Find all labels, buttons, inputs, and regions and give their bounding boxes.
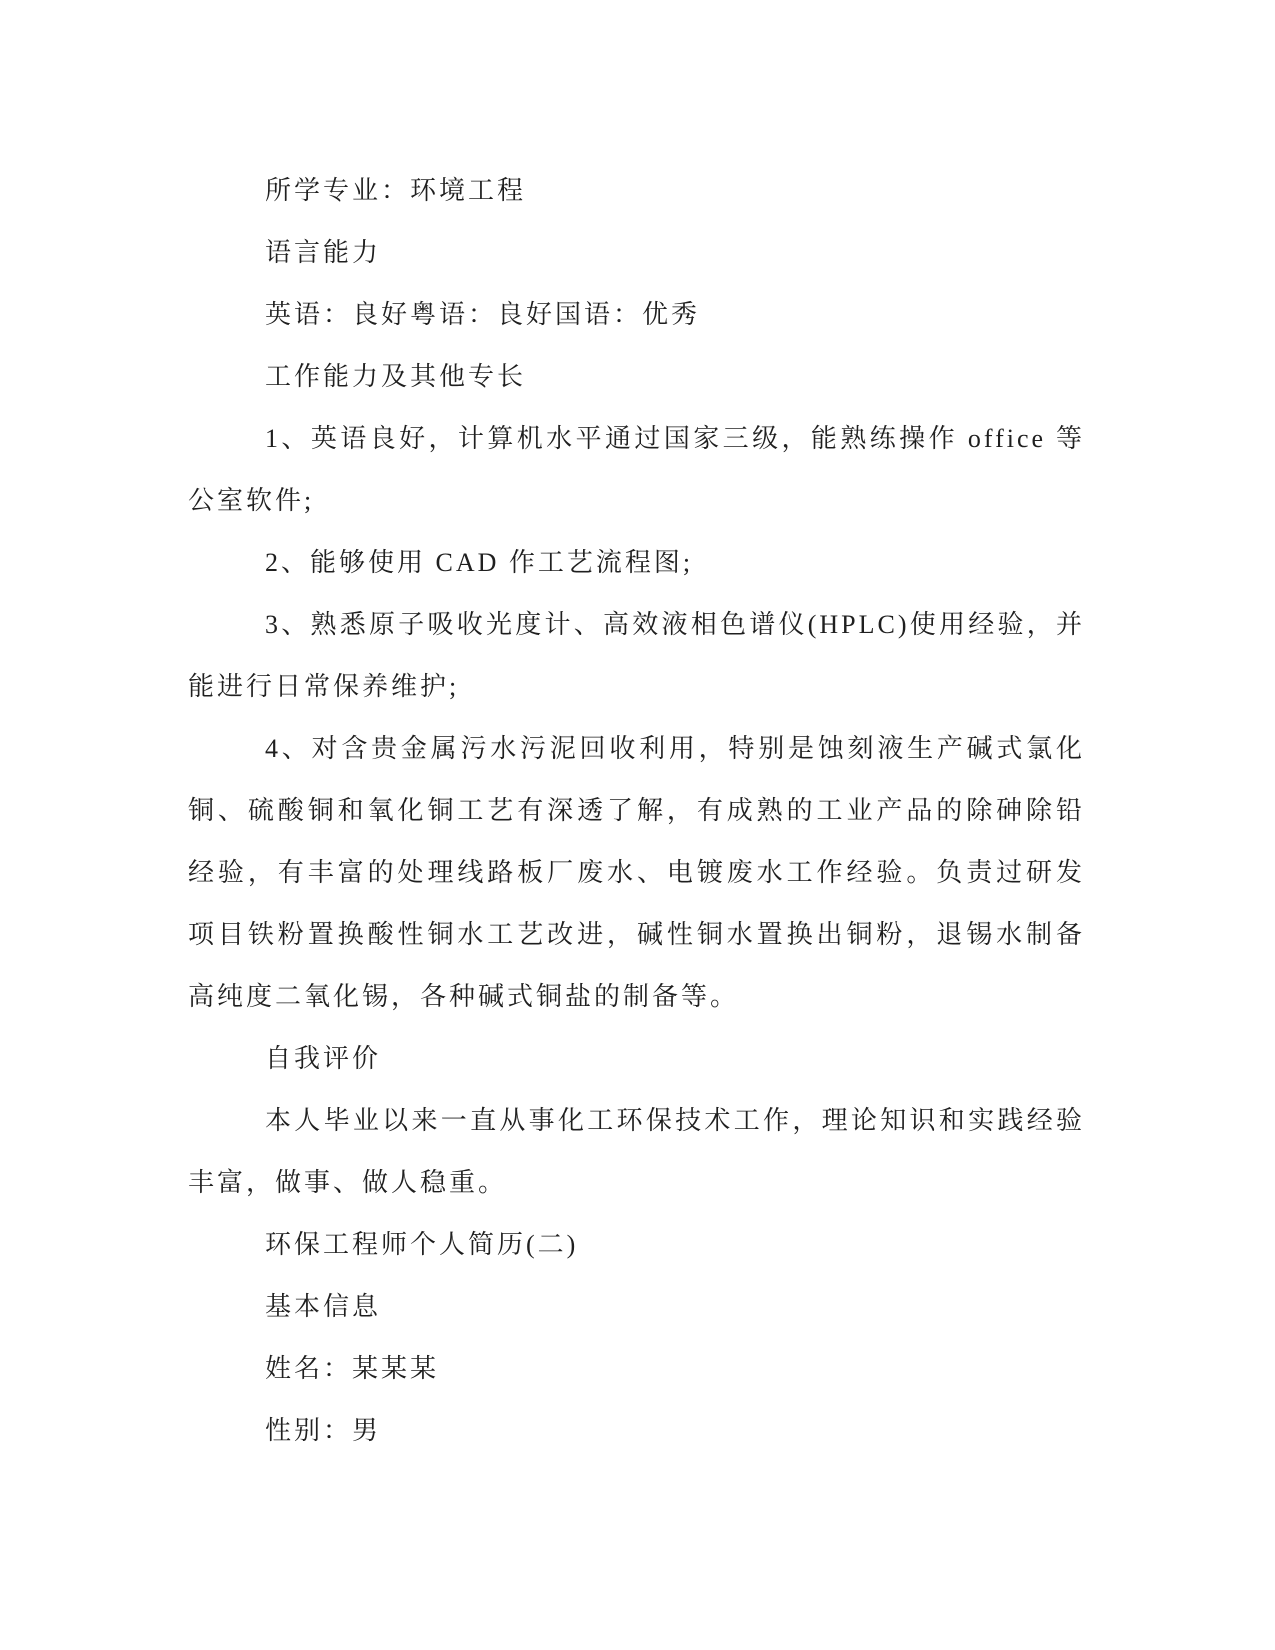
- text-line: 经验，有丰富的处理线路板厂废水、电镀废水工作经验。负责过研发: [188, 842, 1085, 904]
- paragraph: 英语：良好粤语：良好国语：优秀: [188, 284, 1085, 346]
- paragraph: 环保工程师个人简历(二): [188, 1214, 1085, 1276]
- paragraph: 自我评价: [188, 1028, 1085, 1090]
- text-line: 能进行日常保养维护;: [188, 656, 1085, 718]
- text-line: 4、对含贵金属污水污泥回收利用，特别是蚀刻液生产碱式氯化: [188, 718, 1085, 780]
- paragraph: 1、英语良好，计算机水平通过国家三级，能熟练操作 office 等办公室软件;: [188, 408, 1085, 532]
- text-line: 所学专业：环境工程: [188, 160, 1085, 222]
- text-line: 语言能力: [188, 222, 1085, 284]
- paragraph: 基本信息: [188, 1276, 1085, 1338]
- paragraph: 3、熟悉原子吸收光度计、高效液相色谱仪(HPLC)使用经验，并能进行日常保养维护…: [188, 594, 1085, 718]
- text-line: 丰富，做事、做人稳重。: [188, 1152, 1085, 1214]
- paragraph: 工作能力及其他专长: [188, 346, 1085, 408]
- paragraph: 4、对含贵金属污水污泥回收利用，特别是蚀刻液生产碱式氯化铜、硫酸铜和氧化铜工艺有…: [188, 718, 1085, 1028]
- document-body: 所学专业：环境工程语言能力英语：良好粤语：良好国语：优秀工作能力及其他专长1、英…: [188, 160, 1085, 1462]
- text-line: 工作能力及其他专长: [188, 346, 1085, 408]
- paragraph: 性别：男: [188, 1400, 1085, 1462]
- text-line: 高纯度二氧化锡，各种碱式铜盐的制备等。: [188, 966, 1085, 1028]
- text-line: 1、英语良好，计算机水平通过国家三级，能熟练操作 office 等办: [188, 408, 1085, 470]
- paragraph: 姓名：某某某: [188, 1338, 1085, 1400]
- text-line: 环保工程师个人简历(二): [188, 1214, 1085, 1276]
- document-page: 所学专业：环境工程语言能力英语：良好粤语：良好国语：优秀工作能力及其他专长1、英…: [0, 0, 1275, 1650]
- paragraph: 本人毕业以来一直从事化工环保技术工作，理论知识和实践经验丰富，做事、做人稳重。: [188, 1090, 1085, 1214]
- paragraph: 语言能力: [188, 222, 1085, 284]
- paragraph: 所学专业：环境工程: [188, 160, 1085, 222]
- text-line: 3、熟悉原子吸收光度计、高效液相色谱仪(HPLC)使用经验，并: [188, 594, 1085, 656]
- text-line: 项目铁粉置换酸性铜水工艺改进，碱性铜水置换出铜粉，退锡水制备: [188, 904, 1085, 966]
- text-line: 自我评价: [188, 1028, 1085, 1090]
- text-line: 英语：良好粤语：良好国语：优秀: [188, 284, 1085, 346]
- text-line: 姓名：某某某: [188, 1338, 1085, 1400]
- paragraph: 2、能够使用 CAD 作工艺流程图;: [188, 532, 1085, 594]
- text-line: 基本信息: [188, 1276, 1085, 1338]
- text-line: 公室软件;: [188, 470, 1085, 532]
- text-line: 性别：男: [188, 1400, 1085, 1462]
- text-line: 铜、硫酸铜和氧化铜工艺有深透了解，有成熟的工业产品的除砷除铅: [188, 780, 1085, 842]
- text-line: 2、能够使用 CAD 作工艺流程图;: [188, 532, 1085, 594]
- text-line: 本人毕业以来一直从事化工环保技术工作，理论知识和实践经验: [188, 1090, 1085, 1152]
